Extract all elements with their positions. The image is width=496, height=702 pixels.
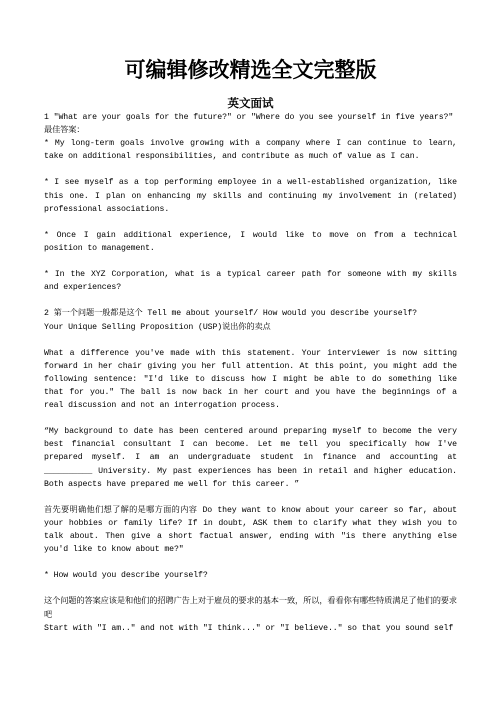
text-line: 最佳答案： [44, 124, 457, 137]
text-line: * My long-term goals involve growing wit… [44, 137, 457, 163]
document-page: 可编辑修改精选全文完整版 英文面试 1 "What are your goals… [0, 0, 496, 702]
text-line: 首先要明确他们想了解的是哪方面的内容 Do they want to know … [44, 504, 457, 556]
paragraph: 1 "What are your goals for the future?" … [44, 111, 457, 163]
text-line: Start with "I am.." and not with "I thin… [44, 622, 457, 635]
document-body: 1 "What are your goals for the future?" … [44, 111, 457, 635]
text-line: 2 第一个问题一般都是这个 Tell me about yourself/ Ho… [44, 307, 457, 320]
text-line: * Once I gain additional experience, I w… [44, 229, 457, 255]
text-line: What a difference you've made with this … [44, 347, 457, 412]
section-heading: 英文面试 [44, 96, 457, 110]
paragraph: * In the XYZ Corporation, what is a typi… [44, 268, 457, 294]
paragraph: * How would you describe yourself? [44, 569, 457, 582]
paragraph: 2 第一个问题一般都是这个 Tell me about yourself/ Ho… [44, 307, 457, 333]
document-title: 可编辑修改精选全文完整版 [44, 57, 457, 83]
text-line: “My background to date has been centered… [44, 425, 457, 490]
paragraph: 首先要明确他们想了解的是哪方面的内容 Do they want to know … [44, 504, 457, 556]
text-line: 1 "What are your goals for the future?" … [44, 111, 457, 124]
text-line: * In the XYZ Corporation, what is a typi… [44, 268, 457, 294]
text-line: Your Unique Selling Proposition (USP)说出你… [44, 321, 457, 334]
text-line: * I see myself as a top performing emplo… [44, 176, 457, 215]
text-line: 这个问题的答案应该是和他们的招聘广告上对于雇员的要求的基本一致，所以，看看你有哪… [44, 595, 457, 621]
paragraph: 这个问题的答案应该是和他们的招聘广告上对于雇员的要求的基本一致，所以，看看你有哪… [44, 595, 457, 634]
paragraph: What a difference you've made with this … [44, 347, 457, 412]
paragraph: * I see myself as a top performing emplo… [44, 176, 457, 215]
text-line: * How would you describe yourself? [44, 569, 457, 582]
paragraph: * Once I gain additional experience, I w… [44, 229, 457, 255]
paragraph: “My background to date has been centered… [44, 425, 457, 490]
